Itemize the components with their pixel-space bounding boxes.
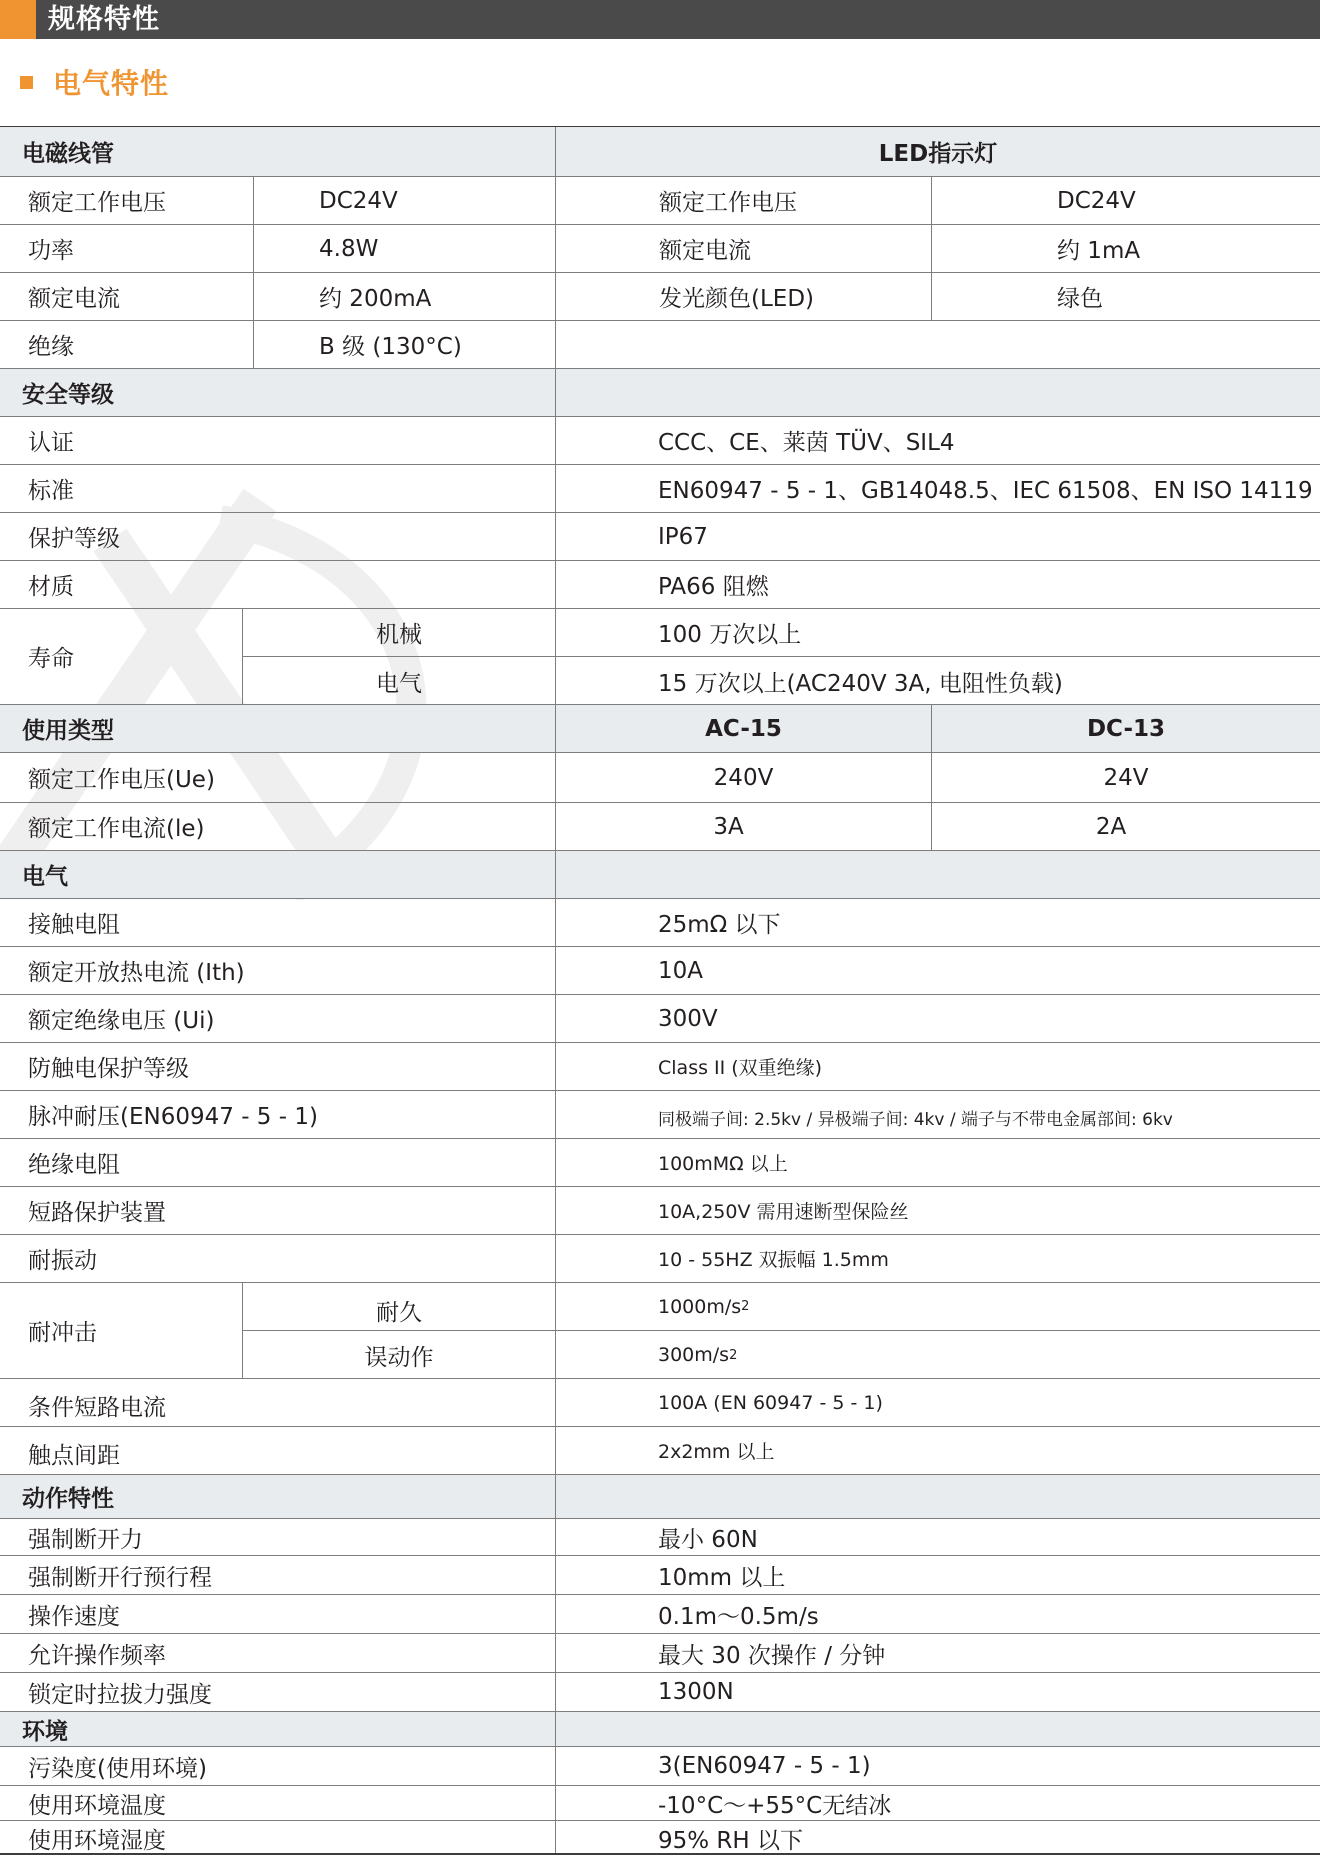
table-row: 条件短路电流 100A (EN 60947 - 5 - 1) (0, 1379, 1320, 1427)
table-row: 保护等级 IP67 (0, 513, 1320, 561)
table-row: 额定工作电压(Ue) 240V 24V (0, 753, 1320, 803)
row-label: 额定工作电压 (555, 177, 931, 224)
row-label: 发光颜色(LED) (555, 273, 931, 320)
value-text: 1000m/s (658, 1296, 741, 1318)
row-value: 10A,250V 需用速断型保险丝 (555, 1187, 1320, 1234)
header-accent-block (0, 0, 36, 39)
row-label: 脉冲耐压(EN60947 - 5 - 1) (28, 1091, 555, 1138)
table-row: 绝缘 B 级 (130°C) (0, 321, 1320, 369)
table-row: 强制断开力 最小 60N (0, 1519, 1320, 1556)
table-row: 短路保护装置 10A,250V 需用速断型保险丝 (0, 1187, 1320, 1235)
row-label: 操作速度 (28, 1595, 555, 1633)
row-value: 10 - 55HZ 双振幅 1.5mm (555, 1235, 1320, 1282)
row-value: 2x2mm 以上 (555, 1427, 1320, 1474)
row-label: 绝缘电阻 (28, 1139, 555, 1186)
row-value: DC24V (931, 177, 1320, 224)
row-label: 防触电保护等级 (28, 1043, 555, 1090)
table-row: 强制断开行预行程 10mm 以上 (0, 1556, 1320, 1595)
row-label: 允许操作频率 (28, 1634, 555, 1672)
row-value-dc: 2A (931, 803, 1320, 850)
row-value: 300V (555, 995, 1320, 1042)
value-superscript: 2 (741, 1299, 749, 1314)
section-header-action: 动作特性 (0, 1475, 1320, 1519)
value-superscript: 2 (729, 1348, 737, 1363)
row-label: 额定电流 (28, 273, 253, 320)
row-value: DC24V (253, 177, 555, 224)
row-value: PA66 阻燃 (555, 561, 1320, 608)
usage-heading: 使用类型 (22, 705, 552, 752)
empty-cell (555, 1712, 1320, 1746)
row-label: 额定工作电流(le) (28, 803, 555, 850)
row-label: 寿命 (28, 609, 242, 704)
row-value: 100A (EN 60947 - 5 - 1) (555, 1379, 1320, 1426)
row-label: 条件短路电流 (28, 1379, 555, 1426)
row-value: 同极端子间: 2.5kv / 异极端子间: 4kv / 端子与不带电金属部间: … (555, 1091, 1320, 1138)
row-value: 300m/s2 (555, 1331, 1320, 1379)
action-heading: 动作特性 (22, 1475, 552, 1518)
row-label: 锁定时拉拔力强度 (28, 1673, 555, 1711)
sub-label: 机械 (242, 609, 555, 657)
row-label: 额定开放热电流 (Ith) (28, 947, 555, 994)
row-value: 25mΩ 以下 (555, 899, 1320, 946)
table-row: 允许操作频率 最大 30 次操作 / 分钟 (0, 1634, 1320, 1673)
table-row: 功率 4.8W 额定电流 约 1mA (0, 225, 1320, 273)
table-row: 污染度(使用环境) 3(EN60947 - 5 - 1) (0, 1747, 1320, 1786)
row-value: EN60947 - 5 - 1、GB14048.5、IEC 61508、EN I… (555, 465, 1320, 512)
section-header-electrical: 电气 (0, 851, 1320, 899)
row-label: 材质 (28, 561, 555, 608)
table-row: 标准 EN60947 - 5 - 1、GB14048.5、IEC 61508、E… (0, 465, 1320, 513)
row-value-ac: 3A (555, 803, 931, 850)
row-value: 约 1mA (931, 225, 1320, 272)
row-label: 强制断开力 (28, 1519, 555, 1555)
row-label: 标准 (28, 465, 555, 512)
row-label: 接触电阻 (28, 899, 555, 946)
row-value: -10°C～+55°C无结冰 (555, 1786, 1320, 1820)
value-text: 300m/s (658, 1344, 729, 1366)
table-row: 耐振动 10 - 55HZ 双振幅 1.5mm (0, 1235, 1320, 1283)
row-label: 短路保护装置 (28, 1187, 555, 1234)
table-row: 脉冲耐压(EN60947 - 5 - 1) 同极端子间: 2.5kv / 异极端… (0, 1091, 1320, 1139)
row-label: 额定工作电压(Ue) (28, 753, 555, 802)
row-value: 0.1m～0.5m/s (555, 1595, 1320, 1633)
section-header-environment: 环境 (0, 1712, 1320, 1747)
row-label: 认证 (28, 417, 555, 464)
row-value: 绿色 (931, 273, 1320, 320)
row-label: 额定工作电压 (28, 177, 253, 224)
row-label: 功率 (28, 225, 253, 272)
section-title-text: 电气特性 (53, 62, 169, 102)
row-value: 10mm 以上 (555, 1556, 1320, 1594)
table-row: 认证 CCC、CE、莱茵 TÜV、SIL4 (0, 417, 1320, 465)
row-value: 95% RH 以下 (555, 1821, 1320, 1855)
empty-cell (555, 321, 1320, 368)
row-value-dc: 24V (931, 753, 1320, 802)
table-row: 接触电阻 25mΩ 以下 (0, 899, 1320, 947)
environment-heading: 环境 (22, 1712, 552, 1746)
row-value: 10A (555, 947, 1320, 994)
section-header-solenoid-led: 电磁线管 LED指示灯 (0, 127, 1320, 177)
row-value: CCC、CE、莱茵 TÜV、SIL4 (555, 417, 1320, 464)
row-label: 额定绝缘电压 (Ui) (28, 995, 555, 1042)
section-header-usage: 使用类型 AC-15 DC-13 (0, 705, 1320, 753)
row-label: 使用环境温度 (28, 1786, 555, 1820)
row-label: 污染度(使用环境) (28, 1747, 555, 1785)
row-label: 绝缘 (28, 321, 253, 368)
sub-label: 电气 (242, 657, 555, 705)
row-value: 1300N (555, 1673, 1320, 1711)
table-row: 操作速度 0.1m～0.5m/s (0, 1595, 1320, 1634)
row-label: 触点间距 (28, 1427, 555, 1474)
row-label: 强制断开行预行程 (28, 1556, 555, 1594)
table-row: 使用环境湿度 95% RH 以下 (0, 1821, 1320, 1855)
row-value: B 级 (130°C) (253, 321, 555, 368)
empty-cell (555, 369, 1320, 416)
table-row: 额定电流 约 200mA 发光颜色(LED) 绿色 (0, 273, 1320, 321)
table-row: 材质 PA66 阻燃 (0, 561, 1320, 609)
row-value: 约 200mA (253, 273, 555, 320)
row-value: Class II (双重绝缘) (555, 1043, 1320, 1090)
row-value: 3(EN60947 - 5 - 1) (555, 1747, 1320, 1785)
section-title: 电气特性 (20, 62, 169, 102)
row-value: 最大 30 次操作 / 分钟 (555, 1634, 1320, 1672)
table-row: 使用环境温度 -10°C～+55°C无结冰 (0, 1786, 1320, 1821)
row-value: IP67 (555, 513, 1320, 560)
led-heading: LED指示灯 (555, 127, 1320, 176)
table-row: 额定开放热电流 (Ith) 10A (0, 947, 1320, 995)
row-value: 100 万次以上 (555, 609, 1320, 657)
row-value: 4.8W (253, 225, 555, 272)
row-label: 保护等级 (28, 513, 555, 560)
empty-cell (555, 851, 1320, 898)
sub-label: 耐久 (242, 1283, 555, 1331)
usage-col-ac15: AC-15 (555, 705, 931, 752)
row-label: 耐振动 (28, 1235, 555, 1282)
sub-label: 误动作 (242, 1331, 555, 1379)
row-label: 额定电流 (555, 225, 931, 272)
row-value: 最小 60N (555, 1519, 1320, 1555)
page-title: 规格特性 (48, 2, 160, 38)
electrical-heading: 电气 (22, 851, 552, 898)
table-row: 锁定时拉拔力强度 1300N (0, 1673, 1320, 1712)
section-header-safety: 安全等级 (0, 369, 1320, 417)
empty-cell (555, 1475, 1320, 1518)
row-value: 15 万次以上(AC240V 3A, 电阻性负载) (555, 657, 1320, 705)
row-value-ac: 240V (555, 753, 931, 802)
table-row: 额定工作电流(le) 3A 2A (0, 803, 1320, 851)
square-bullet-icon (20, 76, 33, 89)
row-value: 100mMΩ 以上 (555, 1139, 1320, 1186)
solenoid-heading: 电磁线管 (22, 127, 552, 176)
table-row: 触点间距 2x2mm 以上 (0, 1427, 1320, 1475)
table-row-life: 寿命 机械 100 万次以上 电气 15 万次以上(AC240V 3A, 电阻性… (0, 609, 1320, 705)
row-value: 1000m/s2 (555, 1283, 1320, 1331)
table-row: 额定绝缘电压 (Ui) 300V (0, 995, 1320, 1043)
table-row: 额定工作电压 DC24V 额定工作电压 DC24V (0, 177, 1320, 225)
row-label: 耐冲击 (28, 1283, 242, 1378)
usage-col-dc13: DC-13 (931, 705, 1320, 752)
page-header-bar: 规格特性 (0, 0, 1320, 39)
table-bottom-border (0, 1853, 1320, 1855)
table-row: 防触电保护等级 Class II (双重绝缘) (0, 1043, 1320, 1091)
table-row-shock: 耐冲击 耐久 1000m/s2 误动作 300m/s2 (0, 1283, 1320, 1379)
table-row: 绝缘电阻 100mMΩ 以上 (0, 1139, 1320, 1187)
safety-heading: 安全等级 (22, 369, 552, 416)
row-label: 使用环境湿度 (28, 1821, 555, 1855)
